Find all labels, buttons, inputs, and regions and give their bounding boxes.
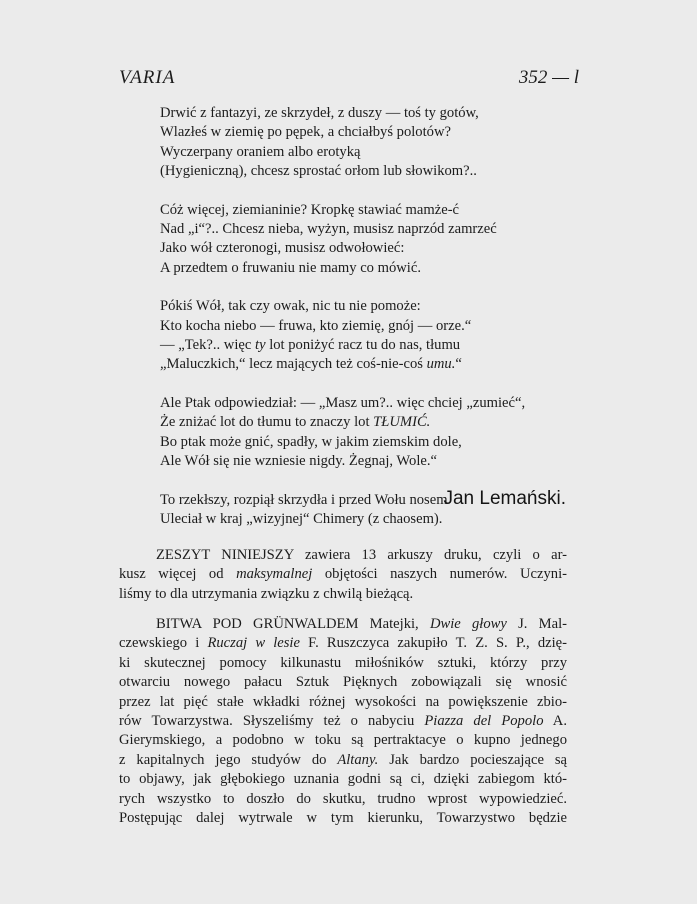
poem-line: „Maluczkich,“ lecz mających też coś-nie-… [160, 355, 580, 374]
poem-line: A przedtem o fruwaniu nie mamy co mówić. [160, 259, 580, 278]
poem-line: — „Tek?.. więc ty lot poniżyć racz tu do… [160, 336, 580, 355]
paragraph-line: ki skutecznej pomocy kilkunastu miłośnik… [119, 654, 567, 673]
poem-line: Kto kocha niebo — fruwa, kto ziemię, gnó… [160, 317, 580, 336]
section-title: VARIA [119, 67, 175, 89]
page-number: 352 — l [519, 67, 579, 89]
poem-stanza: Drwić z fantazyi, ze skrzydeł, z duszy —… [160, 104, 580, 181]
poem-line: Nad „i“?.. Chcesz nieba, wyżyn, musisz n… [160, 220, 580, 239]
poem-line: Cóż więcej, ziemianinie? Kropkę stawiać … [160, 201, 580, 220]
paragraph-line: przez lat pięć stałe wkładki różnej wyso… [119, 693, 567, 712]
paragraph-line: rów Towarzystwa. Słyszeliśmy też o nabyc… [119, 712, 567, 731]
poem-stanza: Ale Ptak odpowiedział: — „Masz um?.. wię… [160, 394, 580, 471]
poem-line: Bo ptak może gnić, spadły, w jakim ziems… [160, 433, 580, 452]
poem: Drwić z fantazyi, ze skrzydeł, z duszy —… [160, 104, 580, 549]
paragraph-line: BITWA POD GRÜNWALDEM Matejki, Dwie głowy… [119, 615, 567, 634]
note-paragraph: ZESZYT NINIEJSZY zawiera 13 arkuszy druk… [119, 546, 567, 604]
poem-line: Pókiś Wół, tak czy owak, nic tu nie pomo… [160, 297, 580, 316]
paragraph-line: Gierymskiego, a podobno w toku są pertra… [119, 731, 567, 750]
paragraph-line: z kapitalnych jego studyów do Altany. Ja… [119, 751, 567, 770]
poem-line: Ale Ptak odpowiedział: — „Masz um?.. wię… [160, 394, 580, 413]
paragraph-line: rych wszystko to doszło do skutku, trudn… [119, 790, 567, 809]
poem-line: Wlazłeś w ziemię po pępek, a chciałbyś p… [160, 123, 580, 142]
paragraph-line: liśmy to dla utrzymania związku z chwilą… [119, 585, 567, 604]
poem-line: Uleciał w kraj „wizyjnej“ Chimery (z cha… [160, 510, 580, 529]
author-signature: Jan Lemański. [443, 488, 566, 510]
paragraph-line: kusz więcej od maksymalnej objętości nas… [119, 565, 567, 584]
poem-stanza: Cóż więcej, ziemianinie? Kropkę stawiać … [160, 201, 580, 278]
poem-line: Wyczerpany oraniem albo erotyką [160, 143, 580, 162]
paragraph-line: czewskiego i Ruczaj w lesie F. Ruszczyca… [119, 634, 567, 653]
paragraph-line: otwarciu nowego pałacu Sztuk Pięknych zo… [119, 673, 567, 692]
paragraph-line: Postępując dalej wytrwale w tym kierunku… [119, 809, 567, 828]
poem-line: Jako wół czteronogi, musisz odwołowieć: [160, 239, 580, 258]
paragraph-line: ZESZYT NINIEJSZY zawiera 13 arkuszy druk… [119, 546, 567, 565]
poem-line: Że zniżać lot do tłumu to znaczy lot TŁU… [160, 413, 580, 432]
paragraph-line: to objawy, jak głębokiego uznania godni … [119, 770, 567, 789]
poem-line: Ale Wół się nie wzniesie nigdy. Żegnaj, … [160, 452, 580, 471]
poem-line: Drwić z fantazyi, ze skrzydeł, z duszy —… [160, 104, 580, 123]
note-paragraph: BITWA POD GRÜNWALDEM Matejki, Dwie głowy… [119, 615, 567, 828]
poem-line: (Hygieniczną), chcesz sprostać orłom lub… [160, 162, 580, 181]
poem-stanza: Pókiś Wół, tak czy owak, nic tu nie pomo… [160, 297, 580, 374]
